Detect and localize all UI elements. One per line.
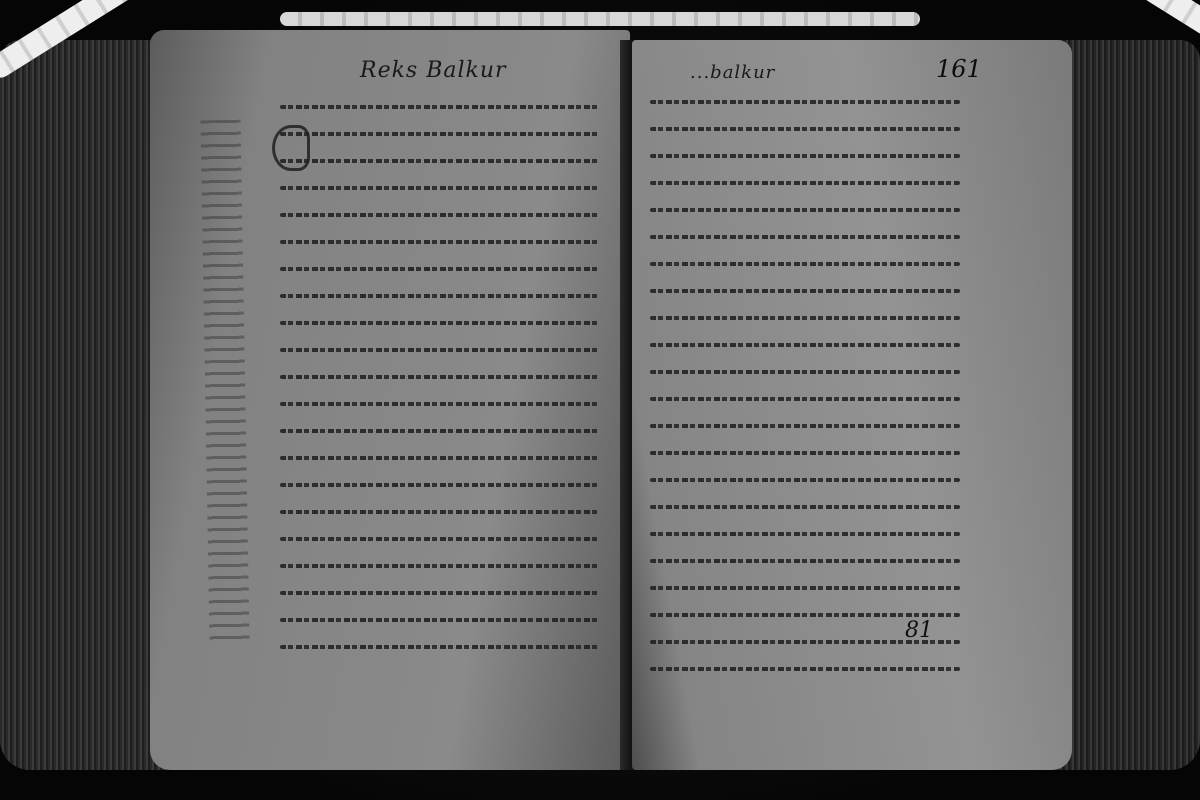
catchword-mark: 81 xyxy=(905,618,933,643)
book-fore-edge-left xyxy=(0,40,170,770)
binding-cord-top xyxy=(280,12,920,26)
left-running-header: Reks Balkur xyxy=(360,58,507,83)
right-running-header: ...balkur xyxy=(690,62,775,83)
photo-scene: Reks Balkur ...balkur 161 81 xyxy=(0,0,1200,800)
left-page-text-block xyxy=(280,105,600,672)
book xyxy=(0,10,1200,790)
right-page-text-block xyxy=(650,100,960,694)
folio-number: 161 xyxy=(936,55,982,83)
